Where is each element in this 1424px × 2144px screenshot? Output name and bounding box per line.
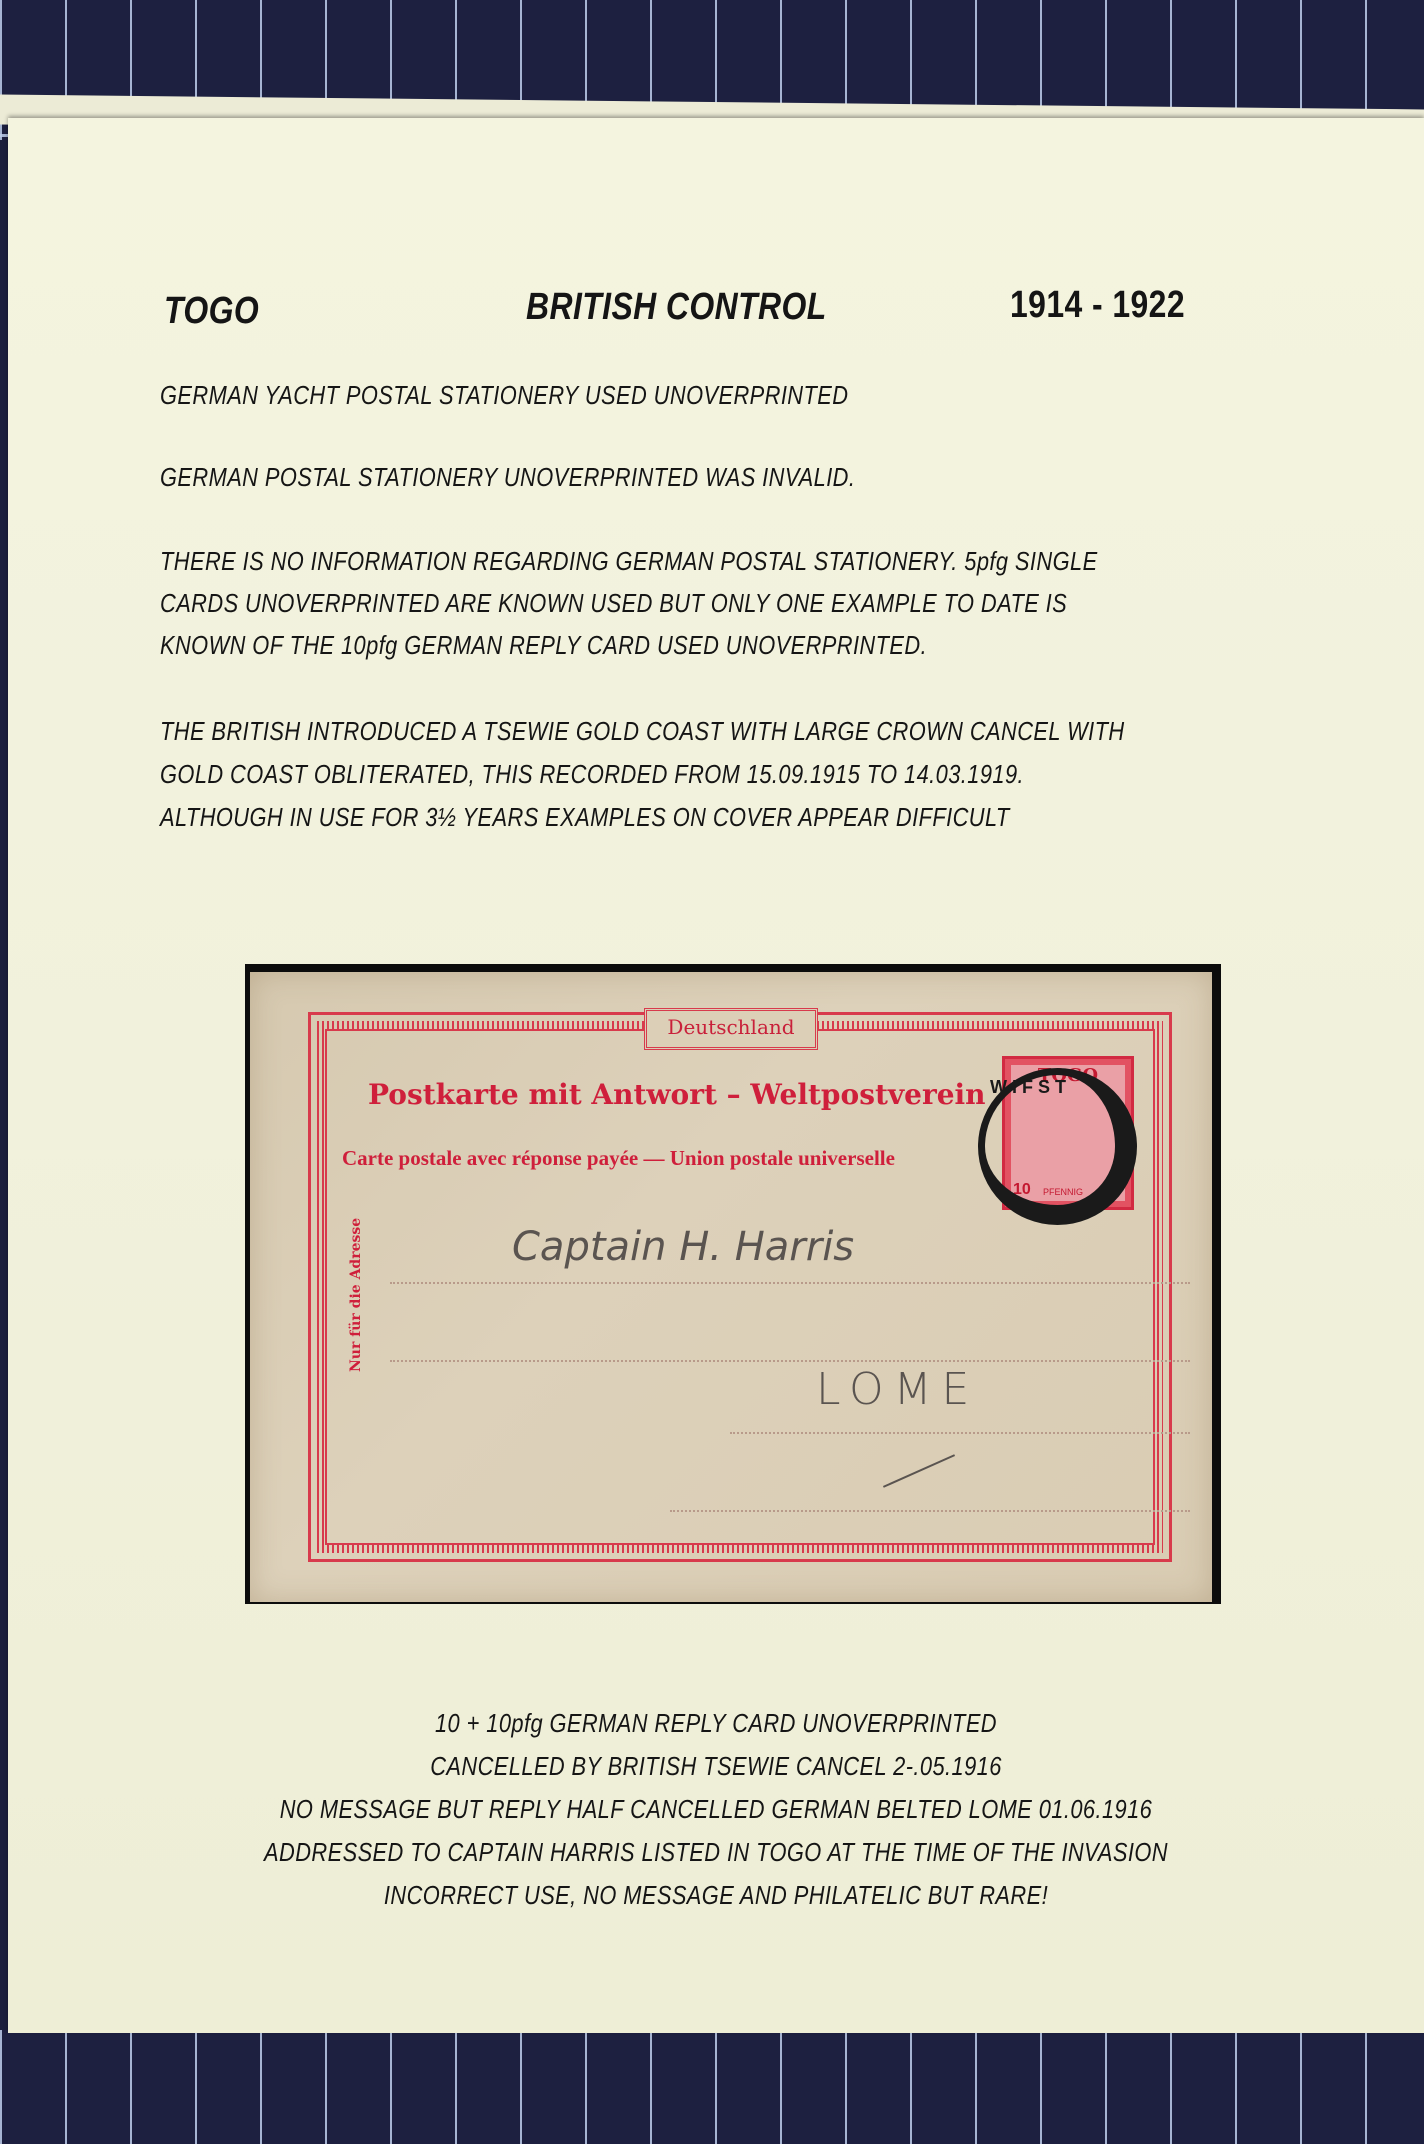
header-title: BRITISH CONTROL (526, 286, 827, 329)
card-title-french: Carte postale avec réponse payée — Union… (342, 1146, 895, 1171)
caption-line: INCORRECT USE, NO MESSAGE AND PHILATELIC… (121, 1880, 1310, 1911)
intro-para1-line: THERE IS NO INFORMATION REGARDING GERMAN… (160, 546, 1098, 577)
card-title-german: Postkarte mit Antwort – Weltpostverein (368, 1078, 986, 1111)
caption-line: CANCELLED BY BRITISH TSEWIE CANCEL 2-.05… (121, 1751, 1310, 1782)
caption-line: 10 + 10pfg GERMAN REPLY CARD UNOVERPRINT… (121, 1708, 1310, 1739)
intro-line-1: GERMAN YACHT POSTAL STATIONERY USED UNOV… (160, 380, 848, 411)
header-years: 1914 - 1922 (1010, 284, 1185, 327)
album-grid-background-bottom (0, 2030, 1424, 2144)
address-line (390, 1360, 1190, 1362)
address-line (670, 1510, 1190, 1512)
intro-para1-line: KNOWN OF THE 10pfg GERMAN REPLY CARD USE… (160, 630, 927, 661)
intro-para2-line: ALTHOUGH IN USE FOR 3½ YEARS EXAMPLES ON… (160, 802, 1010, 833)
caption-line: NO MESSAGE BUT REPLY HALF CANCELLED GERM… (121, 1794, 1310, 1825)
intro-para2-line: THE BRITISH INTRODUCED A TSEWIE GOLD COA… (160, 716, 1125, 747)
header-country: TOGO (164, 290, 259, 333)
handwritten-city: LOME (816, 1364, 979, 1415)
card-side-note: Nur für die Adresse (348, 1218, 364, 1372)
postmark-letters: W I F S T (990, 1077, 1066, 1098)
handwritten-addressee: Captain H. Harris (512, 1224, 854, 1270)
postcard: Deutschland Postkarte mit Antwort – Welt… (250, 972, 1212, 1602)
intro-line-2: GERMAN POSTAL STATIONERY UNOVERPRINTED W… (160, 462, 855, 493)
caption-line: ADDRESSED TO CAPTAIN HARRIS LISTED IN TO… (121, 1837, 1310, 1868)
address-line (730, 1432, 1190, 1434)
intro-para1-line: CARDS UNOVERPRINTED ARE KNOWN USED BUT O… (160, 588, 1067, 619)
address-line (390, 1282, 1190, 1284)
card-banner: Deutschland (644, 1008, 818, 1050)
intro-para2-line: GOLD COAST OBLITERATED, THIS RECORDED FR… (160, 759, 1024, 790)
